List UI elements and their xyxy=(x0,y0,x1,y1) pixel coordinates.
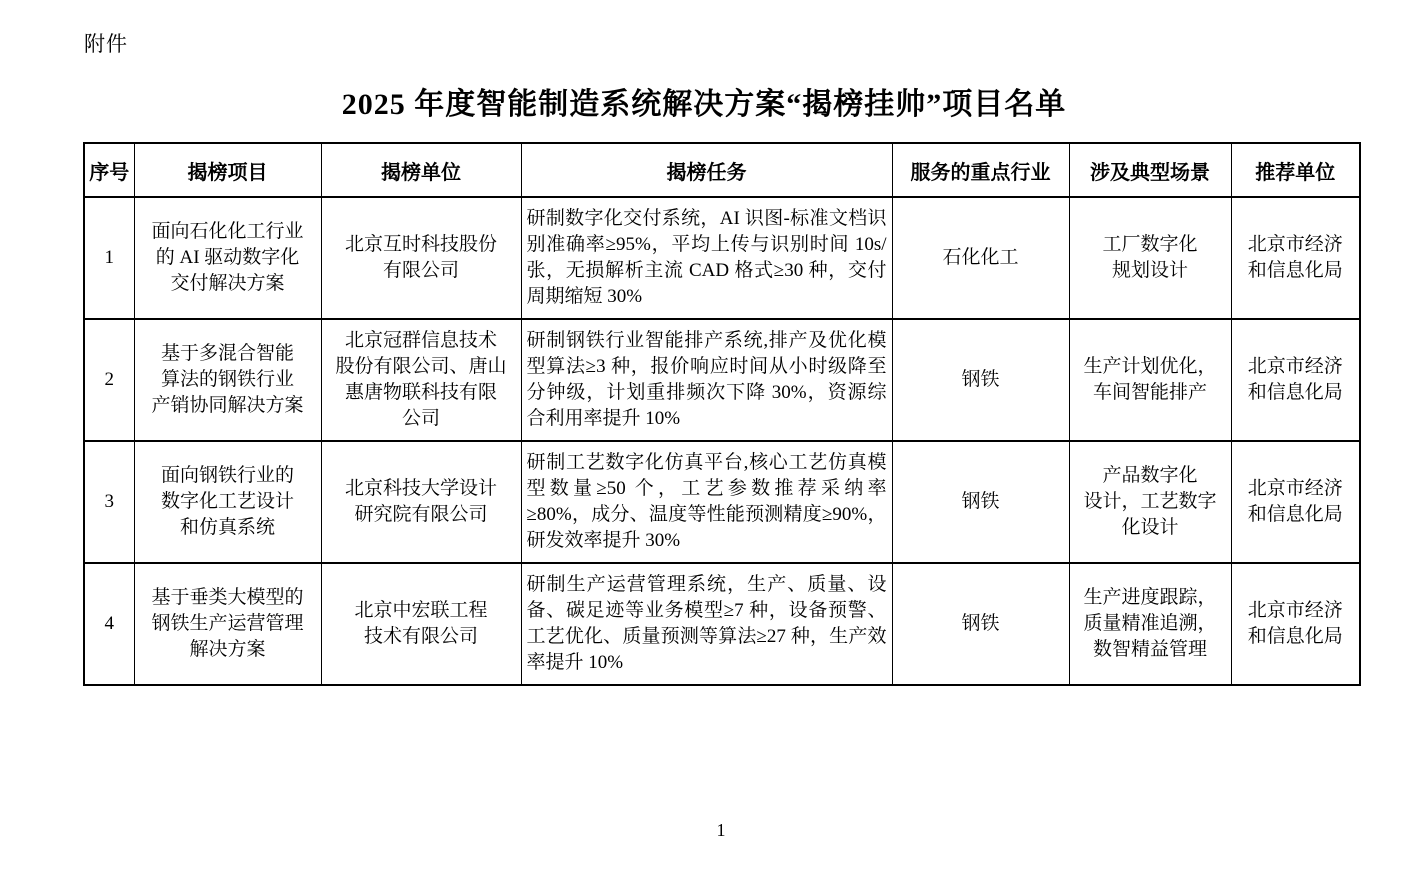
cell-recommender: 北京市经济 和信息化局 xyxy=(1231,319,1360,441)
cell-scenario: 工厂数字化 规划设计 xyxy=(1069,197,1231,319)
table-row: 3 面向钢铁行业的 数字化工艺设计 和仿真系统 北京科技大学设计 研究院有限公司… xyxy=(84,441,1360,563)
cell-unit: 北京互时科技股份 有限公司 xyxy=(321,197,521,319)
cell-unit: 北京中宏联工程 技术有限公司 xyxy=(321,563,521,685)
cell-industry: 石化化工 xyxy=(892,197,1069,319)
cell-project: 基于多混合智能 算法的钢铁行业 产销协同解决方案 xyxy=(134,319,321,441)
page-title: 2025 年度智能制造系统解决方案“揭榜挂帅”项目名单 xyxy=(0,79,1408,123)
cell-task: 研制生产运营管理系统，生产、质量、设备、碳足迹等业务模型≥7 种，设备预警、工艺… xyxy=(521,563,892,685)
table-row: 2 基于多混合智能 算法的钢铁行业 产销协同解决方案 北京冠群信息技术 股份有限… xyxy=(84,319,1360,441)
cell-industry: 钢铁 xyxy=(892,563,1069,685)
cell-project: 基于垂类大模型的 钢铁生产运营管理 解决方案 xyxy=(134,563,321,685)
cell-serial: 4 xyxy=(84,563,134,685)
column-header-project: 揭榜项目 xyxy=(134,143,321,197)
cell-scenario: 产品数字化 设计，工艺数字 化设计 xyxy=(1069,441,1231,563)
column-header-serial: 序号 xyxy=(84,143,134,197)
column-header-scenario: 涉及典型场景 xyxy=(1069,143,1231,197)
cell-serial: 1 xyxy=(84,197,134,319)
cell-recommender: 北京市经济 和信息化局 xyxy=(1231,441,1360,563)
document-page: 附件 2025 年度智能制造系统解决方案“揭榜挂帅”项目名单 序号 揭榜项目 揭… xyxy=(0,0,1408,894)
column-header-task: 揭榜任务 xyxy=(521,143,892,197)
attachment-label: 附件 xyxy=(84,28,128,58)
table-row: 1 面向石化化工行业 的 AI 驱动数字化 交付解决方案 北京互时科技股份 有限… xyxy=(84,197,1360,319)
cell-serial: 2 xyxy=(84,319,134,441)
cell-task: 研制数字化交付系统，AI 识图-标准文档识别准确率≥95%，平均上传与识别时间 … xyxy=(521,197,892,319)
cell-unit: 北京冠群信息技术 股份有限公司、唐山 惠唐物联科技有限 公司 xyxy=(321,319,521,441)
cell-industry: 钢铁 xyxy=(892,319,1069,441)
cell-industry: 钢铁 xyxy=(892,441,1069,563)
cell-recommender: 北京市经济 和信息化局 xyxy=(1231,197,1360,319)
table-header-row: 序号 揭榜项目 揭榜单位 揭榜任务 服务的重点行业 涉及典型场景 推荐单位 xyxy=(84,143,1360,197)
column-header-recommender: 推荐单位 xyxy=(1231,143,1360,197)
page-number: 1 xyxy=(83,820,1359,841)
column-header-industry: 服务的重点行业 xyxy=(892,143,1069,197)
column-header-unit: 揭榜单位 xyxy=(321,143,521,197)
table-row: 4 基于垂类大模型的 钢铁生产运营管理 解决方案 北京中宏联工程 技术有限公司 … xyxy=(84,563,1360,685)
cell-recommender: 北京市经济 和信息化局 xyxy=(1231,563,1360,685)
cell-project: 面向石化化工行业 的 AI 驱动数字化 交付解决方案 xyxy=(134,197,321,319)
cell-project: 面向钢铁行业的 数字化工艺设计 和仿真系统 xyxy=(134,441,321,563)
cell-unit: 北京科技大学设计 研究院有限公司 xyxy=(321,441,521,563)
cell-task: 研制工艺数字化仿真平台,核心工艺仿真模型数量≥50 个，工艺参数推荐采纳率≥80… xyxy=(521,441,892,563)
cell-serial: 3 xyxy=(84,441,134,563)
cell-scenario: 生产进度跟踪， 质量精准追溯， 数智精益管理 xyxy=(1069,563,1231,685)
cell-scenario: 生产计划优化， 车间智能排产 xyxy=(1069,319,1231,441)
project-list-table: 序号 揭榜项目 揭榜单位 揭榜任务 服务的重点行业 涉及典型场景 推荐单位 1 … xyxy=(83,142,1361,686)
cell-task: 研制钢铁行业智能排产系统,排产及优化模型算法≥3 种，报价响应时间从小时级降至分… xyxy=(521,319,892,441)
